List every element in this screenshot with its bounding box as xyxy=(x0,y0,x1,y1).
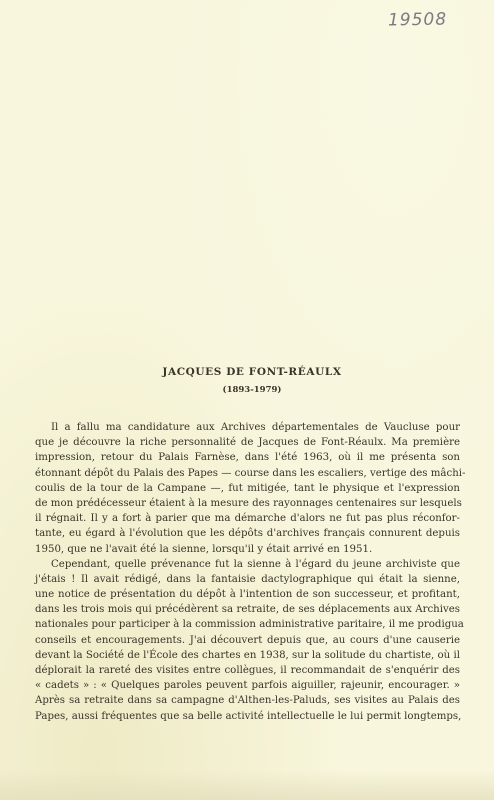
scanned-page: 19508 JACQUES DE FONT-RÉAULX (1893-1979)… xyxy=(0,0,494,800)
text-line: Après sa retraite dans sa campagne d'Alt… xyxy=(35,693,460,708)
text-line: Papes, aussi fréquentes que sa belle act… xyxy=(35,709,460,724)
handwritten-archive-number: 19508 xyxy=(388,9,447,30)
text-line: une notice de présentation du dépôt à l'… xyxy=(35,587,460,602)
text-line: Il a fallu ma candidature aux Archives d… xyxy=(35,420,460,435)
text-line: tante, eu égard à l'évolution que les dé… xyxy=(35,526,460,541)
article-title: JACQUES DE FONT-RÉAULX xyxy=(0,366,494,378)
text-line: nationales pour participer à la commissi… xyxy=(35,617,460,632)
text-line: que je découvre la riche personnalité de… xyxy=(35,435,460,450)
page-edge-shadow xyxy=(0,770,494,800)
text-line: déplorait la rareté des visites entre co… xyxy=(35,663,460,678)
text-line: devant la Société de l'École des chartes… xyxy=(35,648,460,663)
text-line: dans les trois mois qui précédèrent sa r… xyxy=(35,602,460,617)
article-dates: (1893-1979) xyxy=(0,385,494,395)
text-line: étonnant dépôt du Palais des Papes — cou… xyxy=(35,466,460,481)
text-line: il régnait. Il y a fort à parier que ma … xyxy=(35,511,460,526)
text-line: conseils et encouragements. J'ai découve… xyxy=(35,633,460,648)
text-line: impression, retour du Palais Farnèse, da… xyxy=(35,450,460,465)
text-line: j'étais ! Il avait rédigé, dans la fanta… xyxy=(35,572,460,587)
article-body: Il a fallu ma candidature aux Archives d… xyxy=(35,420,460,724)
text-line: « cadets » : « Quelques paroles peuvent … xyxy=(35,678,460,693)
text-line: Cependant, quelle prévenance fut la sien… xyxy=(35,557,460,572)
text-line: 1950, que ne l'avait été la sienne, lors… xyxy=(35,542,460,557)
text-line: coulis de la tour de la Campane —, fut m… xyxy=(35,481,460,496)
text-line: de mon prédécesseur étaient à la mesure … xyxy=(35,496,460,511)
